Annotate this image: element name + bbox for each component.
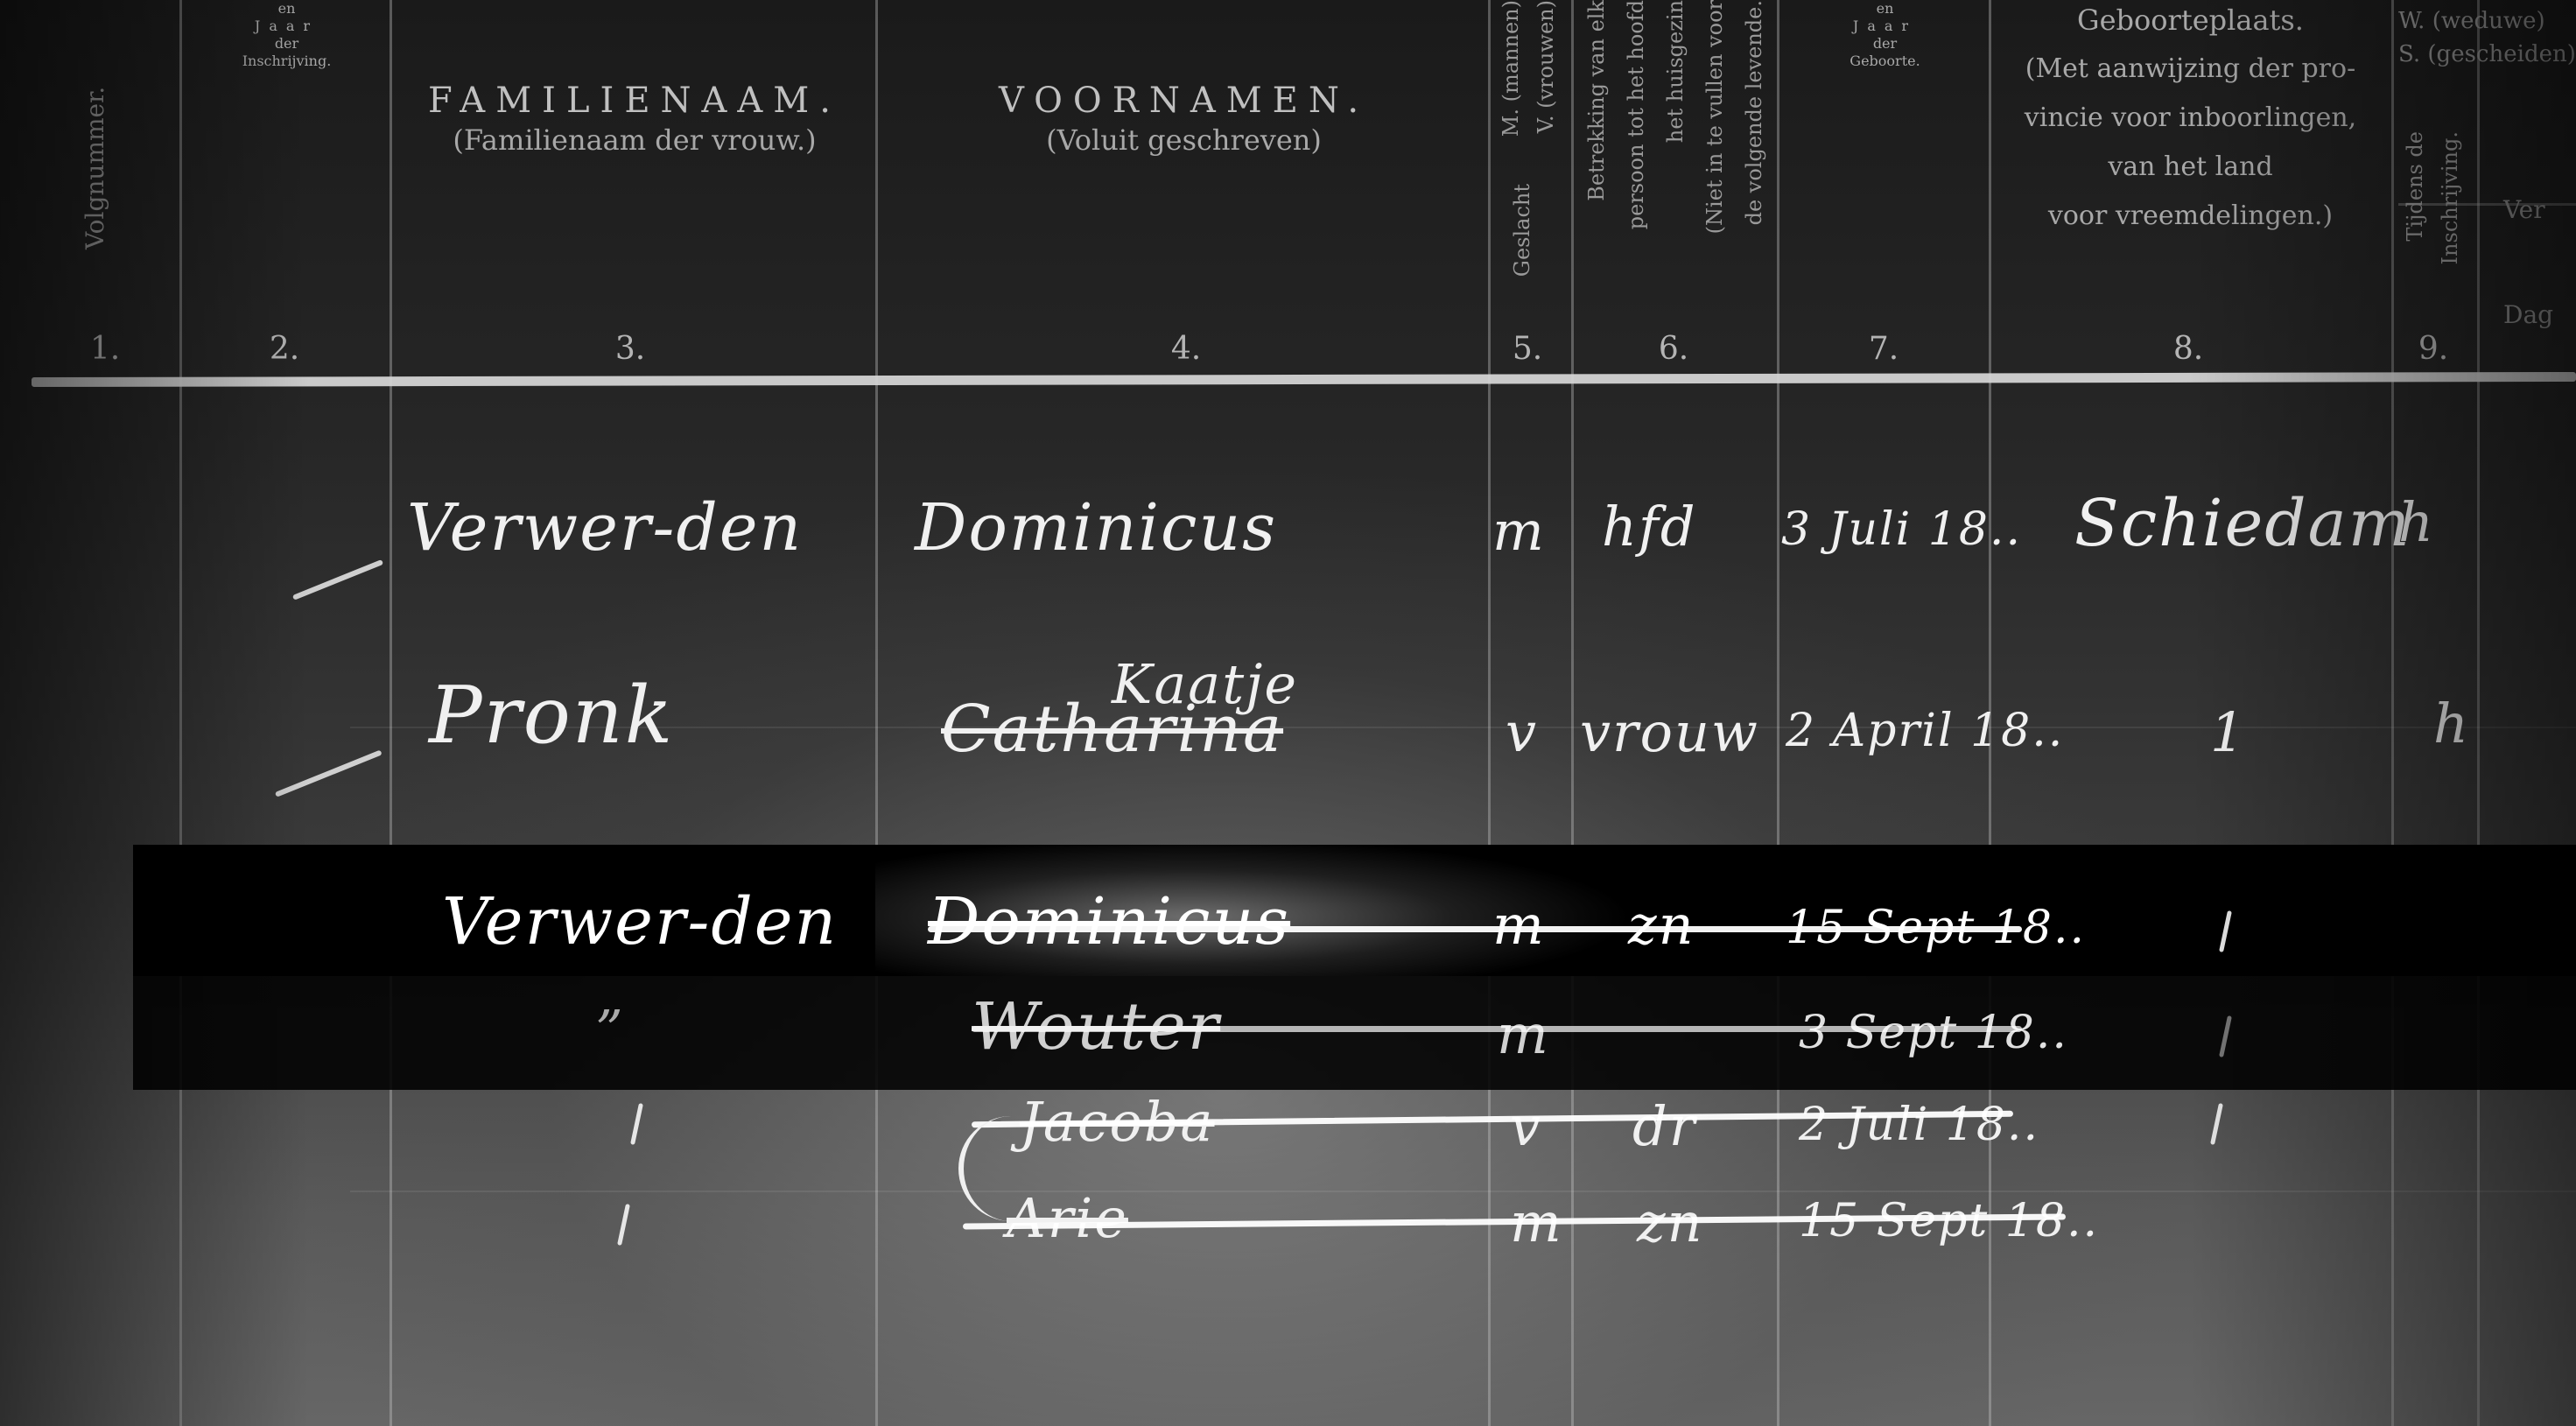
col5-subheader-m: M. (mannen): [1499, 0, 1523, 137]
column-divider: [875, 0, 878, 1426]
row2-col9: h: [2433, 692, 2470, 755]
row3-familienaam: Verwer-den: [442, 884, 838, 959]
row1-betrekking: hfd: [1602, 495, 1697, 558]
row5-ditto-mark: [2210, 1103, 2223, 1145]
column-number: 5.: [1513, 331, 1542, 367]
geboorteplaats-title: Geboorteplaats.: [1991, 0, 2390, 45]
header-line: Inschrijving.: [184, 53, 390, 70]
col2-slash-mark: [275, 750, 383, 797]
column-number: 6.: [1659, 331, 1688, 367]
column-divider: [1777, 0, 1779, 1426]
column-divider: [179, 0, 182, 1426]
header-line: van het land: [1991, 143, 2390, 192]
column-divider: [390, 0, 392, 1426]
col8-header: Geboorteplaats. (Met aanwijzing der pro-…: [1991, 0, 2390, 241]
row3-geslacht: m: [1492, 893, 1546, 957]
col6-header-line: persoon tot het hoofd: [1624, 0, 1648, 229]
header-line: vincie voor inboorlingen,: [1991, 94, 2390, 143]
col9-top-header: W. (weduwe) S. (gescheiden): [2398, 4, 2576, 71]
column-number: 7.: [1869, 331, 1899, 367]
row5-familienaam-ditto: [630, 1103, 643, 1145]
col6-header-line: het huisgezin: [1663, 0, 1688, 143]
row3-voornamen-struck: Dominicus: [928, 884, 1290, 959]
row1-familienaam: Verwer-den: [407, 490, 803, 565]
column-divider: [1488, 0, 1491, 1426]
row5-geboorte: 2 Juli 18..: [1799, 1099, 2039, 1151]
row1-geslacht: m: [1492, 499, 1546, 563]
header-line: Jaar: [184, 18, 390, 35]
column-number: 2.: [270, 331, 299, 367]
voornamen-title: VOORNAMEN.: [880, 79, 1488, 123]
col2-header: teekening en Jaar der Inschrijving.: [184, 0, 390, 70]
row6-voornamen-struck: Arie: [1007, 1186, 1128, 1250]
bracket-mark: [958, 1116, 1016, 1221]
row2-geboorteplaats: 1: [2210, 700, 2246, 764]
row1-voornamen: Dominicus: [915, 490, 1277, 565]
row2-geslacht: v: [1506, 700, 1538, 764]
column-number: 3.: [615, 331, 645, 367]
header-line: en: [184, 0, 390, 18]
col4-header: VOORNAMEN. (Voluit geschreven): [880, 79, 1488, 158]
header-line: en: [1781, 0, 1989, 18]
row2-geboorte: 2 April 18..: [1786, 705, 2064, 757]
scan-band: [133, 976, 2576, 1090]
row4-geboorte: 3 Sept 18..: [1799, 1007, 2068, 1059]
col1-header: Volgnummer.: [81, 22, 109, 249]
ruled-line: [350, 1191, 2576, 1192]
header-line: Dag: [2503, 263, 2576, 368]
col5-subheader-v: V. (vrouwen): [1534, 0, 1558, 133]
row2-familienaam: Pronk: [429, 670, 674, 762]
col3-header: FAMILIENAAM. (Familienaam der vrouw.): [394, 79, 875, 158]
row2-betrekking: vrouw: [1580, 700, 1759, 764]
header-line: W. (weduwe): [2398, 4, 2576, 38]
row4-cancel-line: [972, 1026, 2022, 1032]
row4-familienaam-ditto: ”: [595, 998, 625, 1062]
header-line: Ver: [2503, 158, 2576, 263]
header-line: der: [184, 35, 390, 53]
header-line: Geboorte.: [1781, 53, 1989, 70]
row3-betrekking: zn: [1628, 893, 1695, 957]
col2-slash-mark: [292, 559, 383, 601]
col6-header-line: de volgende levende.: [1742, 0, 1766, 225]
column-divider: [2477, 0, 2480, 1426]
row4-geslacht: m: [1497, 1002, 1550, 1066]
row5-geslacht: v: [1510, 1094, 1542, 1158]
header-line: S. (gescheiden): [2398, 38, 2576, 71]
familienaam-title: FAMILIENAAM.: [394, 79, 875, 123]
column-number: 1.: [90, 331, 120, 367]
col6-header-line: (Niet in te vullen voor: [1702, 0, 1727, 234]
column-divider: [2391, 0, 2394, 1426]
register-page: Volgnummer. teekening en Jaar der Inschr…: [0, 0, 2576, 1426]
row1-col9: h: [2398, 490, 2435, 554]
column-number: 4.: [1171, 331, 1201, 367]
row2-voornamen-correction: Kaatje: [1112, 652, 1298, 716]
col9-header-line: Inschrijving.: [2438, 131, 2462, 264]
row5-betrekking: dr: [1632, 1094, 1696, 1158]
col10-header: Ver Dag: [2503, 158, 2576, 368]
col5-header: Geslacht: [1510, 184, 1534, 277]
col7-header: teekening en Jaar der Geboorte.: [1781, 0, 1989, 70]
row1-geboorte: 3 Juli 18..: [1781, 503, 2022, 556]
header-line: Jaar: [1781, 18, 1989, 35]
row1-geboorteplaats: Schiedam: [2074, 486, 2411, 561]
voornamen-subtitle: (Voluit geschreven): [880, 123, 1488, 158]
header-line: voor vreemdelingen.): [1991, 192, 2390, 241]
row6-familienaam-ditto: [617, 1204, 630, 1246]
header-line: der: [1781, 35, 1989, 53]
col6-header-line: Betrekking van elk: [1584, 0, 1609, 201]
header-rule: [32, 372, 2576, 387]
column-number: 9.: [2418, 331, 2448, 367]
familienaam-subtitle: (Familienaam der vrouw.): [394, 123, 875, 158]
column-divider: [1571, 0, 1574, 1426]
col9-header-line: Tijdens de: [2403, 131, 2427, 242]
row3-cancel-line: [928, 926, 2022, 932]
header-line: (Met aanwijzing der pro-: [1991, 45, 2390, 94]
column-number: 8.: [2173, 331, 2203, 367]
